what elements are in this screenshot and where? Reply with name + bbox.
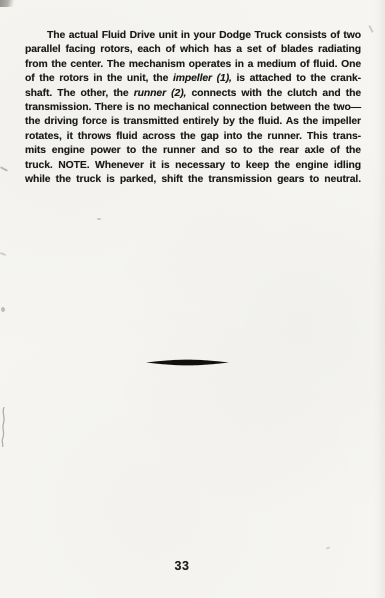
text-segment: mits engine power to the runner and so t… (25, 145, 361, 156)
scan-speckle-2 (326, 546, 330, 549)
paragraph-line: rotates, it throws fluid across the gap … (25, 130, 361, 144)
scan-tick-top-right (368, 25, 374, 33)
scan-tick-left-1 (0, 166, 8, 172)
paragraph-line: the driving force is transmitted entirel… (25, 115, 361, 129)
text-segment: while the truck is parked, shift the tra… (25, 174, 361, 185)
paragraph-line: transmission. There is no mechanical con… (25, 101, 361, 115)
paragraph-line: mits engine power to the runner and so t… (25, 144, 361, 158)
italic-text-segment: impeller (1), (173, 73, 232, 84)
paragraph-line: while the truck is parked, shift the tra… (25, 173, 361, 187)
text-segment: of the rotors in the unit, the (25, 73, 173, 84)
text-segment: parallel facing rotors, each of which ha… (25, 44, 361, 55)
paragraph-line: parallel facing rotors, each of which ha… (25, 43, 361, 57)
text-segment: from the center. The mechanism operates … (25, 59, 361, 70)
scan-squiggle-left (0, 407, 9, 447)
text-segment: transmission. There is no mechanical con… (25, 102, 361, 113)
paragraph-line: The actual Fluid Drive unit in your Dodg… (25, 29, 361, 43)
text-segment: The actual Fluid Drive unit in your Dodg… (47, 30, 361, 41)
paragraph-line: from the center. The mechanism operates … (25, 58, 361, 72)
scanned-manual-page: The actual Fluid Drive unit in your Dodg… (0, 0, 385, 598)
text-segment: is attached to the crank- (232, 73, 361, 84)
ink-lens-divider-shape (146, 354, 229, 363)
text-segment: connects with the clutch and the (186, 88, 361, 99)
scan-speckle-1 (97, 218, 101, 220)
body-paragraph: The actual Fluid Drive unit in your Dodg… (25, 29, 361, 187)
paragraph-line: shaft. The other, the runner (2), connec… (25, 87, 361, 101)
scan-smudge-top-left (0, 0, 19, 7)
scan-dot-left (1, 307, 5, 312)
italic-text-segment: runner (2), (134, 88, 187, 99)
scan-tick-left-2 (0, 252, 6, 256)
text-segment: rotates, it throws fluid across the gap … (25, 131, 361, 142)
paragraph-line: of the rotors in the unit, the impeller … (25, 72, 361, 86)
paragraph-line: truck. NOTE. Whenever it is necessary to… (25, 159, 361, 173)
text-segment: the driving force is transmitted entirel… (25, 116, 361, 127)
page-number: 33 (167, 559, 197, 573)
text-segment: shaft. The other, the (25, 88, 134, 99)
lens-shape-icon (146, 358, 229, 367)
text-segment: truck. NOTE. Whenever it is necessary to… (25, 160, 361, 171)
